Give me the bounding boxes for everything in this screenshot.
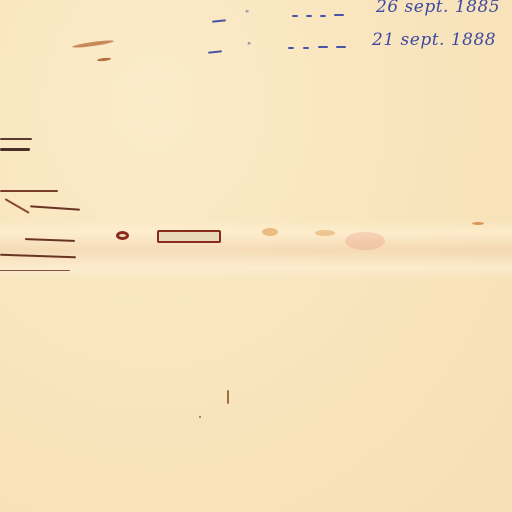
rust-stain bbox=[97, 57, 111, 61]
leader-dash bbox=[292, 15, 298, 17]
leader-dash bbox=[334, 14, 344, 16]
leader-dash bbox=[336, 46, 346, 48]
leader-dash bbox=[288, 47, 294, 49]
ditto-mark: " bbox=[247, 42, 251, 52]
ditto-mark: " bbox=[245, 10, 249, 20]
entry-date: 21 sept. 1888 bbox=[372, 30, 496, 50]
bleed-line bbox=[0, 138, 32, 140]
bleed-line bbox=[0, 270, 70, 271]
leader-dash bbox=[303, 47, 309, 49]
bleed-line bbox=[0, 190, 58, 192]
bleed-line bbox=[0, 148, 30, 151]
dash-mark bbox=[208, 50, 222, 53]
leader-dash bbox=[320, 15, 326, 17]
rust-stain bbox=[472, 222, 484, 225]
bleed-line bbox=[30, 205, 80, 210]
rust-stain bbox=[262, 228, 278, 236]
ink-speck bbox=[199, 416, 201, 418]
rust-stain bbox=[315, 230, 335, 236]
bleed-line bbox=[5, 198, 30, 214]
rectangular-stamp-mark bbox=[157, 230, 221, 243]
oval-stamp-mark bbox=[116, 231, 129, 240]
dash-mark bbox=[212, 19, 226, 22]
ink-speck bbox=[227, 390, 229, 404]
leader-dash bbox=[318, 46, 328, 48]
rust-stain bbox=[72, 39, 114, 49]
document-page: " 26 sept. 1885 " 21 sept. 1888 bbox=[0, 0, 512, 512]
rust-stain bbox=[345, 232, 385, 250]
leader-dash bbox=[306, 15, 312, 17]
paper-fold-crease bbox=[0, 220, 512, 280]
entry-date: 26 sept. 1885 bbox=[376, 0, 500, 17]
